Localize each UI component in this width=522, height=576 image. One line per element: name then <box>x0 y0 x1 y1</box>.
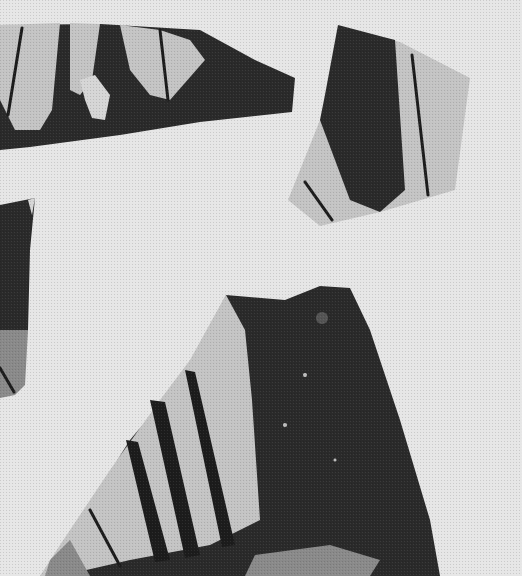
photograph <box>0 0 522 576</box>
sherds-photo <box>0 0 522 576</box>
film-grain-overlay <box>0 0 522 576</box>
